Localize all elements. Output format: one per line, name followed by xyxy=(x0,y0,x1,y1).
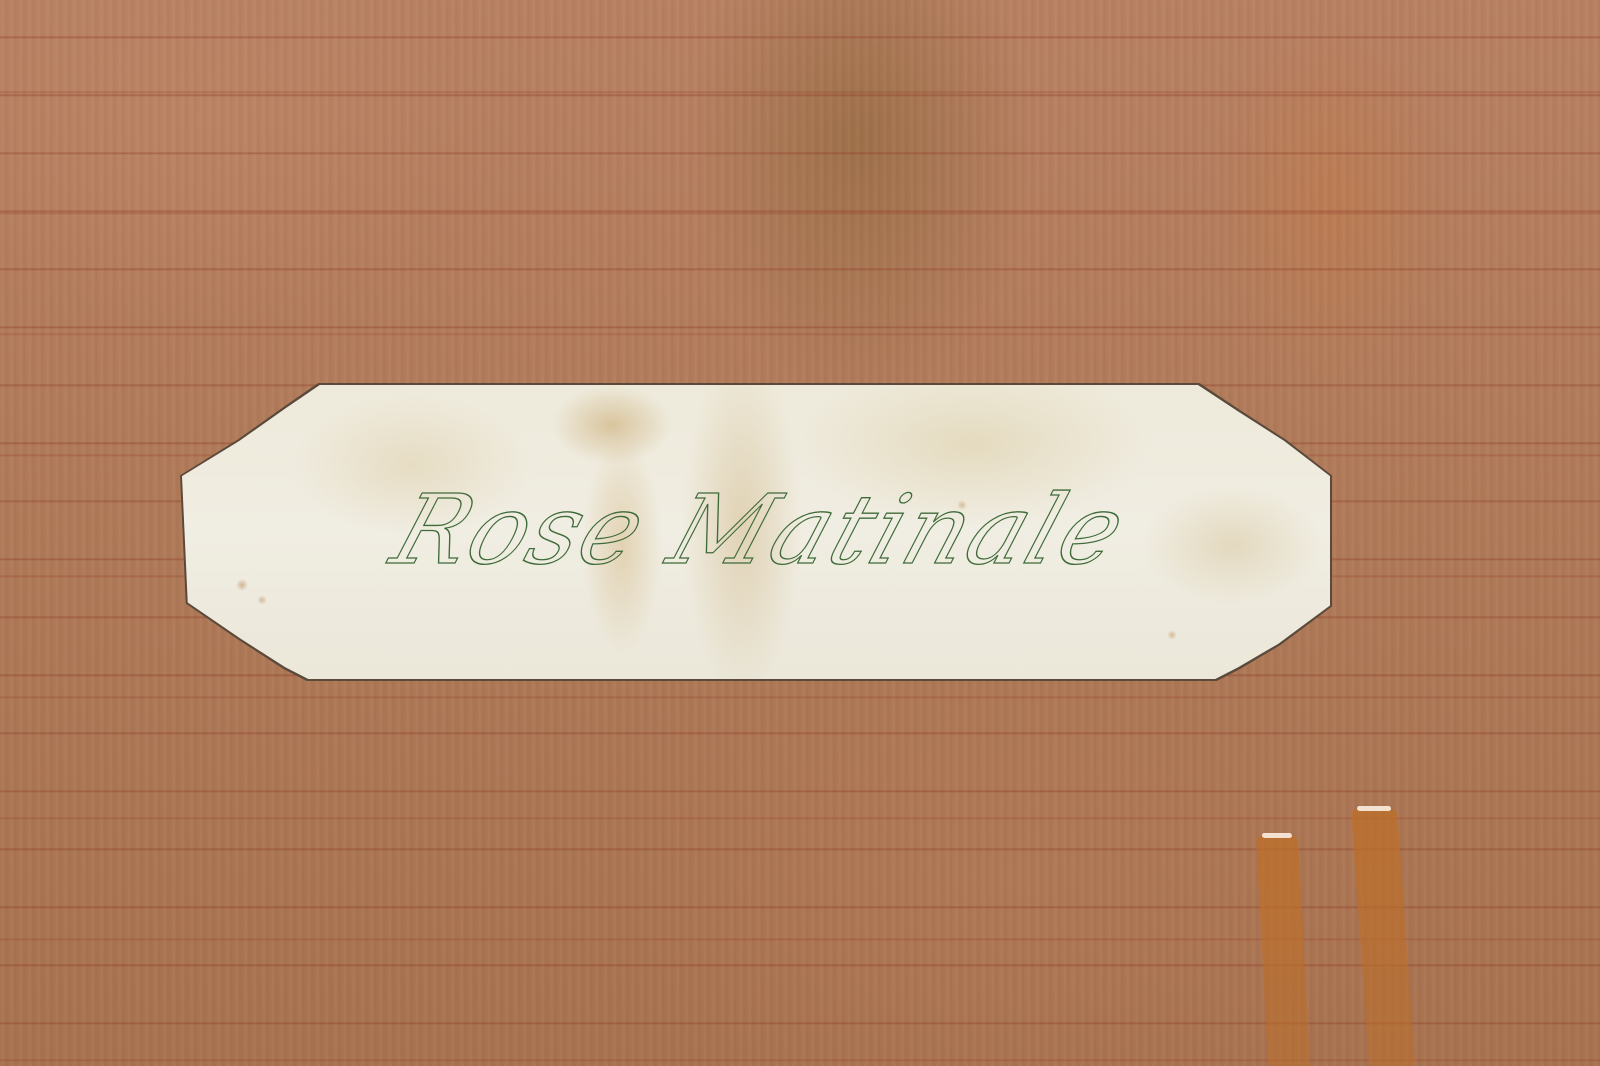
label-handwritten-text: Rose Matinale xyxy=(268,430,1253,630)
